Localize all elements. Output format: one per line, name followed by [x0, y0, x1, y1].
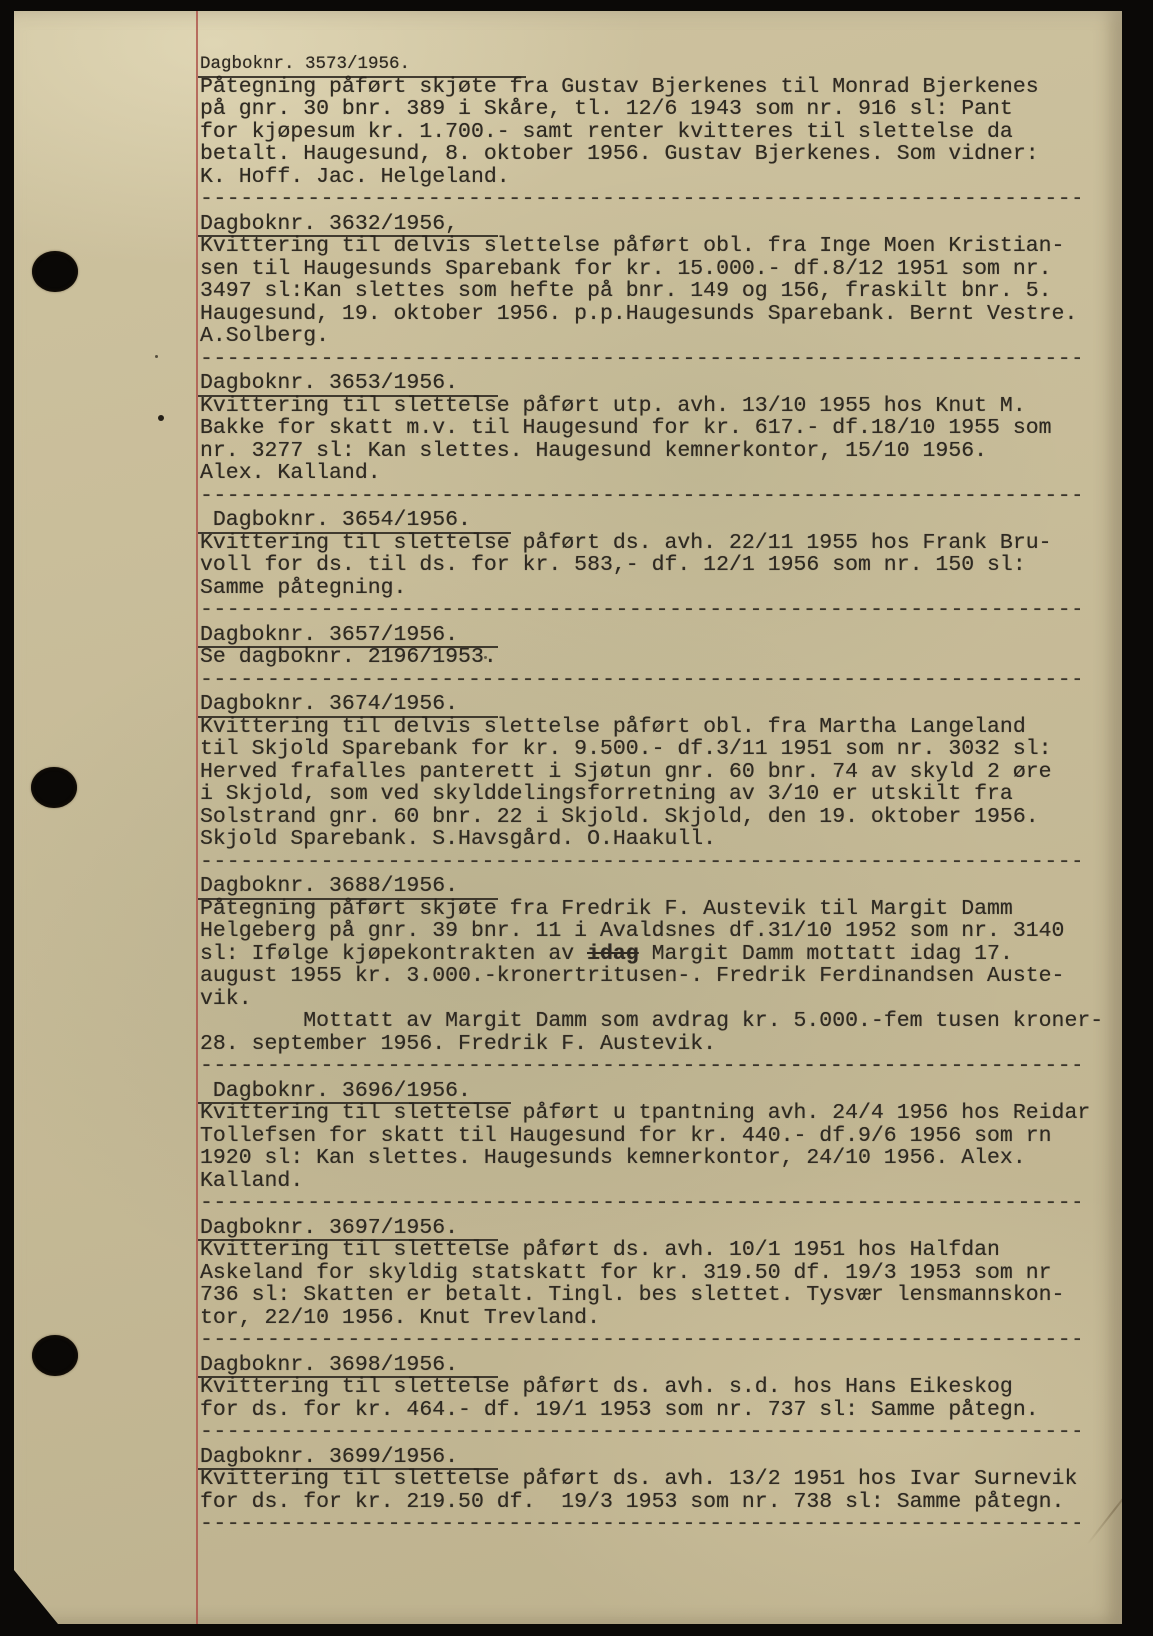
entry-separator: ----------------------------------------…	[200, 348, 1080, 371]
entry-line: for kjøpesum kr. 1.700.- samt renter kvi…	[200, 121, 1114, 144]
entry-line: Kvittering til slettelse påført ds. avh.…	[200, 1239, 1114, 1262]
entry-line: 736 sl: Skatten er betalt. Tingl. bes sl…	[200, 1284, 1114, 1307]
entry-separator: ----------------------------------------…	[200, 851, 1080, 874]
entry-line: 28. september 1956. Fredrik F. Austevik.	[200, 1033, 1114, 1056]
entry-line: sl: Ifølge kjøpekontrakten av idag Margi…	[200, 943, 1114, 966]
entry-header: Dagboknr. 3573/1956.	[200, 53, 410, 76]
entry-line: for ds. for kr. 219.50 df. 19/3 1953 som…	[200, 1491, 1114, 1514]
entry-line: Mottatt av Margit Damm som avdrag kr. 5.…	[200, 1010, 1114, 1033]
paper-page: Dagboknr. 3573/1956.Påtegning påført skj…	[14, 11, 1122, 1624]
punch-hole-bottom	[32, 1335, 78, 1376]
entry-line: Askeland for skyldig statskatt for kr. 3…	[200, 1262, 1114, 1285]
red-margin-line	[196, 11, 198, 1624]
ink-speck	[155, 355, 158, 358]
registry-entry: Dagboknr. 3699/1956.Kvittering til slett…	[200, 1444, 1114, 1536]
entry-line: Kvittering til slettelse påført ds. avh.…	[200, 532, 1114, 555]
entry-header: Dagboknr. 3674/1956.	[200, 693, 458, 716]
entry-line: Kvittering til delvis slettelse påført o…	[200, 235, 1114, 258]
scan-background: { "page": { "separator": "--------------…	[0, 0, 1153, 1636]
entry-line: Påtegning påført skjøte fra Gustav Bjerk…	[200, 76, 1114, 99]
entry-line: voll for ds. til ds. for kr. 583,- df. 1…	[200, 554, 1114, 577]
entry-line: vik.	[200, 988, 1114, 1011]
registry-entry: Dagboknr. 3657/1956.Se dagboknr. 2196/19…	[200, 622, 1114, 692]
entry-line: Haugesund, 19. oktober 1956. p.p.Haugesu…	[200, 303, 1114, 326]
entry-line: i Skjold, som ved skylddelingsforretning…	[200, 783, 1114, 806]
entry-line: Alex. Kalland.	[200, 462, 1114, 485]
registry-entry: Dagboknr. 3688/1956.Påtegning påført skj…	[200, 873, 1114, 1078]
entry-line: på gnr. 30 bnr. 389 i Skåre, tl. 12/6 19…	[200, 98, 1114, 121]
entry-line: Kvittering til slettelse påført utp. avh…	[200, 395, 1114, 418]
entry-line: Kvittering til slettelse påført u tpantn…	[200, 1102, 1114, 1125]
registry-entry: Dagboknr. 3654/1956.Kvittering til slett…	[200, 507, 1114, 622]
entry-line: august 1955 kr. 3.000.-kronertritusen-. …	[200, 965, 1114, 988]
entry-line: 3497 sl:Kan slettes som hefte på bnr. 14…	[200, 280, 1114, 303]
entry-header: Dagboknr. 3653/1956.	[200, 372, 458, 395]
entry-separator: ----------------------------------------…	[200, 1055, 1080, 1078]
entry-header: Dagboknr. 3697/1956.	[200, 1217, 458, 1240]
registry-entry: Dagboknr. 3653/1956.Kvittering til slett…	[200, 370, 1114, 507]
entry-line: Herved frafalles panterett i Sjøtun gnr.…	[200, 761, 1114, 784]
punch-hole-middle	[31, 767, 77, 808]
registry-entry: Dagboknr. 3573/1956.Påtegning påført skj…	[200, 51, 1114, 211]
entry-line: Skjold Sparebank. S.Havsgård. O.Haakull.	[200, 828, 1114, 851]
entry-line: nr. 3277 sl: Kan slettes. Haugesund kemn…	[200, 440, 1114, 463]
entry-line: betalt. Haugesund, 8. oktober 1956. Gust…	[200, 143, 1114, 166]
struck-text: idag	[587, 942, 639, 966]
entry-line: Påtegning påført skjøte fra Fredrik F. A…	[200, 898, 1114, 921]
entry-line: Helgeberg på gnr. 39 bnr. 11 i Avaldsnes…	[200, 920, 1114, 943]
entry-separator: ----------------------------------------…	[200, 188, 1080, 211]
entry-line: Solstrand gnr. 60 bnr. 22 i Skjold. Skjo…	[200, 806, 1114, 829]
registry-entry: Dagboknr. 3632/1956,Kvittering til delvi…	[200, 211, 1114, 371]
entry-line: Samme påtegning.	[200, 577, 1114, 600]
entry-line: Kvittering til slettelse påført ds. avh.…	[200, 1376, 1114, 1399]
registry-entry: Dagboknr. 3674/1956.Kvittering til delvi…	[200, 691, 1114, 873]
entry-header: Dagboknr. 3654/1956.	[200, 509, 471, 532]
entry-header: Dagboknr. 3698/1956.	[200, 1354, 458, 1377]
entry-line: A.Solberg.	[200, 325, 1114, 348]
text-segment: sl: Ifølge kjøpekontrakten av	[200, 942, 587, 966]
entry-line: til Skjold Sparebank for kr. 9.500.- df.…	[200, 738, 1114, 761]
entry-header: Dagboknr. 3657/1956.	[200, 624, 458, 647]
entry-line: Bakke for skatt m.v. til Haugesund for k…	[200, 417, 1114, 440]
entry-line: tor, 22/10 1956. Knut Trevland.	[200, 1307, 1114, 1330]
text-segment: Margit Damm mottatt idag 17.	[639, 942, 1013, 966]
entry-line: 1920 sl: Kan slettes. Haugesunds kemnerk…	[200, 1147, 1114, 1170]
entry-line: K. Hoff. Jac. Helgeland.	[200, 166, 1114, 189]
entry-header: Dagboknr. 3699/1956.	[200, 1446, 458, 1469]
entry-separator: ----------------------------------------…	[200, 669, 1080, 692]
registry-entry: Dagboknr. 3698/1956.Kvittering til slett…	[200, 1352, 1114, 1444]
entry-separator: ----------------------------------------…	[200, 1192, 1080, 1215]
entry-header: Dagboknr. 3688/1956.	[200, 875, 458, 898]
entry-header: Dagboknr. 3632/1956,	[200, 213, 458, 236]
entry-separator: ----------------------------------------…	[200, 1421, 1080, 1444]
registry-entry: Dagboknr. 3696/1956.Kvittering til slett…	[200, 1078, 1114, 1215]
entry-separator: ----------------------------------------…	[200, 1513, 1080, 1536]
entries: Dagboknr. 3573/1956.Påtegning påført skj…	[200, 51, 1114, 1536]
entry-line: sen til Haugesunds Sparebank for kr. 15.…	[200, 258, 1114, 281]
entry-line: Se dagboknr. 2196/1953.	[200, 646, 1114, 669]
entry-separator: ----------------------------------------…	[200, 599, 1080, 622]
entry-separator: ----------------------------------------…	[200, 1329, 1080, 1352]
punch-hole-top	[32, 251, 78, 292]
entry-line: Kvittering til slettelse påført ds. avh.…	[200, 1468, 1114, 1491]
entry-line: Kvittering til delvis slettelse påført o…	[200, 716, 1114, 739]
entry-line: Kalland.	[200, 1170, 1114, 1193]
entry-separator: ----------------------------------------…	[200, 485, 1080, 508]
entry-header: Dagboknr. 3696/1956.	[200, 1080, 471, 1103]
ink-speck	[158, 415, 164, 421]
entry-line: Tollefsen for skatt til Haugesund for kr…	[200, 1125, 1114, 1148]
entry-line: for ds. for kr. 464.- df. 19/1 1953 som …	[200, 1399, 1114, 1422]
registry-entry: Dagboknr. 3697/1956.Kvittering til slett…	[200, 1215, 1114, 1352]
